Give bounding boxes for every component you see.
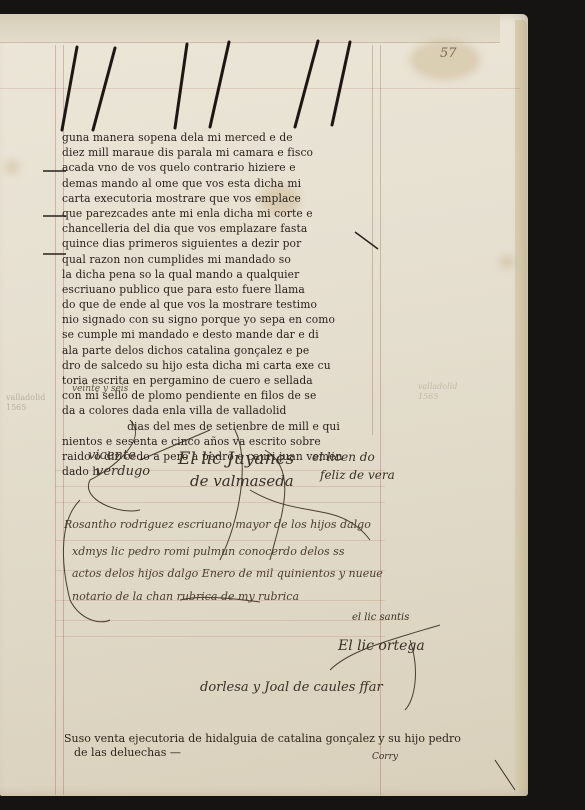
text-line: qual razon non cumplides mi mandado so: [62, 252, 374, 267]
chancery-note: xdmys lic pedro romi pulmun conocerdo de…: [72, 545, 344, 558]
signature-vera: el licen do feliz de vera: [312, 448, 395, 484]
margin-note-line: 1565: [418, 392, 457, 402]
text-line: que parezcades ante mi enla dicha mi cor…: [62, 206, 374, 221]
margin-note-line: valladolid: [418, 382, 457, 392]
footer-note-line: de las deluechas —: [64, 746, 461, 760]
signature-verdugo: vicente verdugo: [88, 448, 150, 480]
lower-signature: El lic ortega: [338, 638, 425, 654]
text-line: escriuano publico que para esto fuere ll…: [62, 282, 374, 297]
footer-note-line: Suso venta ejecutoria de hidalguia de ca…: [64, 732, 461, 746]
right-margin-note: valladolid 1565: [418, 382, 457, 402]
inline-marginal-note: veinte y seis: [72, 384, 128, 394]
signature-line: feliz de vera: [312, 466, 395, 484]
text-line: la dicha pena so la qual mando a qualqui…: [62, 267, 374, 282]
text-line: do que de ende al que vos la mostrare te…: [62, 297, 374, 312]
text-line: dias del mes de setienbre de mill e qui: [62, 419, 374, 434]
lower-line: dorlesa y Joal de caules ffar: [200, 680, 383, 695]
text-line: nio signado con su signo porque yo sepa …: [62, 312, 374, 327]
footer-note: Suso venta ejecutoria de hidalguia de ca…: [64, 732, 461, 760]
left-margin-note: valladolid 1565: [6, 393, 45, 413]
signature-line: el licen do: [312, 448, 395, 466]
chancery-note: actos delos hijos dalgo Enero de mil qui…: [72, 567, 383, 580]
text-line: ala parte delos dichos catalina gonçalez…: [62, 343, 374, 358]
footer-signature: Corry: [372, 752, 398, 762]
text-line: nientos e sesenta e cinco años va escrit…: [62, 434, 374, 449]
lower-signature: el lic santis: [352, 612, 409, 623]
text-line: diez mill maraue dis parala mi camara e …: [62, 145, 374, 160]
text-line: acada vno de vos quelo contrario hiziere…: [62, 160, 374, 175]
text-line: demas mando al ome que vos esta dicha mi: [62, 176, 374, 191]
signature-line: verdugo: [88, 464, 150, 480]
text-line: carta executoria mostrare que vos emplac…: [62, 191, 374, 206]
text-line: guna manera sopena dela mi merced e de: [62, 130, 374, 145]
text-line: se cumple mi mandado e desto mande dar e…: [62, 327, 374, 342]
chancery-note: notario de la chan rubrica de my rubrica: [72, 590, 299, 603]
folio-number: 57: [440, 46, 457, 61]
signature-line: vicente: [88, 448, 150, 464]
chancery-note: Rosantho rodriguez escriuano mayor de lo…: [64, 518, 371, 531]
margin-note-line: 1565: [6, 403, 45, 413]
signature-line: El lic Juyanes: [178, 448, 294, 470]
text-line: quince dias primeros siguientes a dezir …: [62, 236, 374, 251]
signature-line: de valmaseda: [178, 470, 294, 492]
text-line: dro de salcedo su hijo esta dicha mi car…: [62, 358, 374, 373]
margin-note-line: valladolid: [6, 393, 45, 403]
text-line: chancelleria del dia que vos emplazare f…: [62, 221, 374, 236]
text-line: da a colores dada enla villa de valladol…: [62, 403, 374, 418]
main-text-block: guna manera sopena dela mi merced e de d…: [62, 130, 397, 479]
signature-valmaseda: El lic Juyanes de valmaseda: [178, 448, 294, 492]
